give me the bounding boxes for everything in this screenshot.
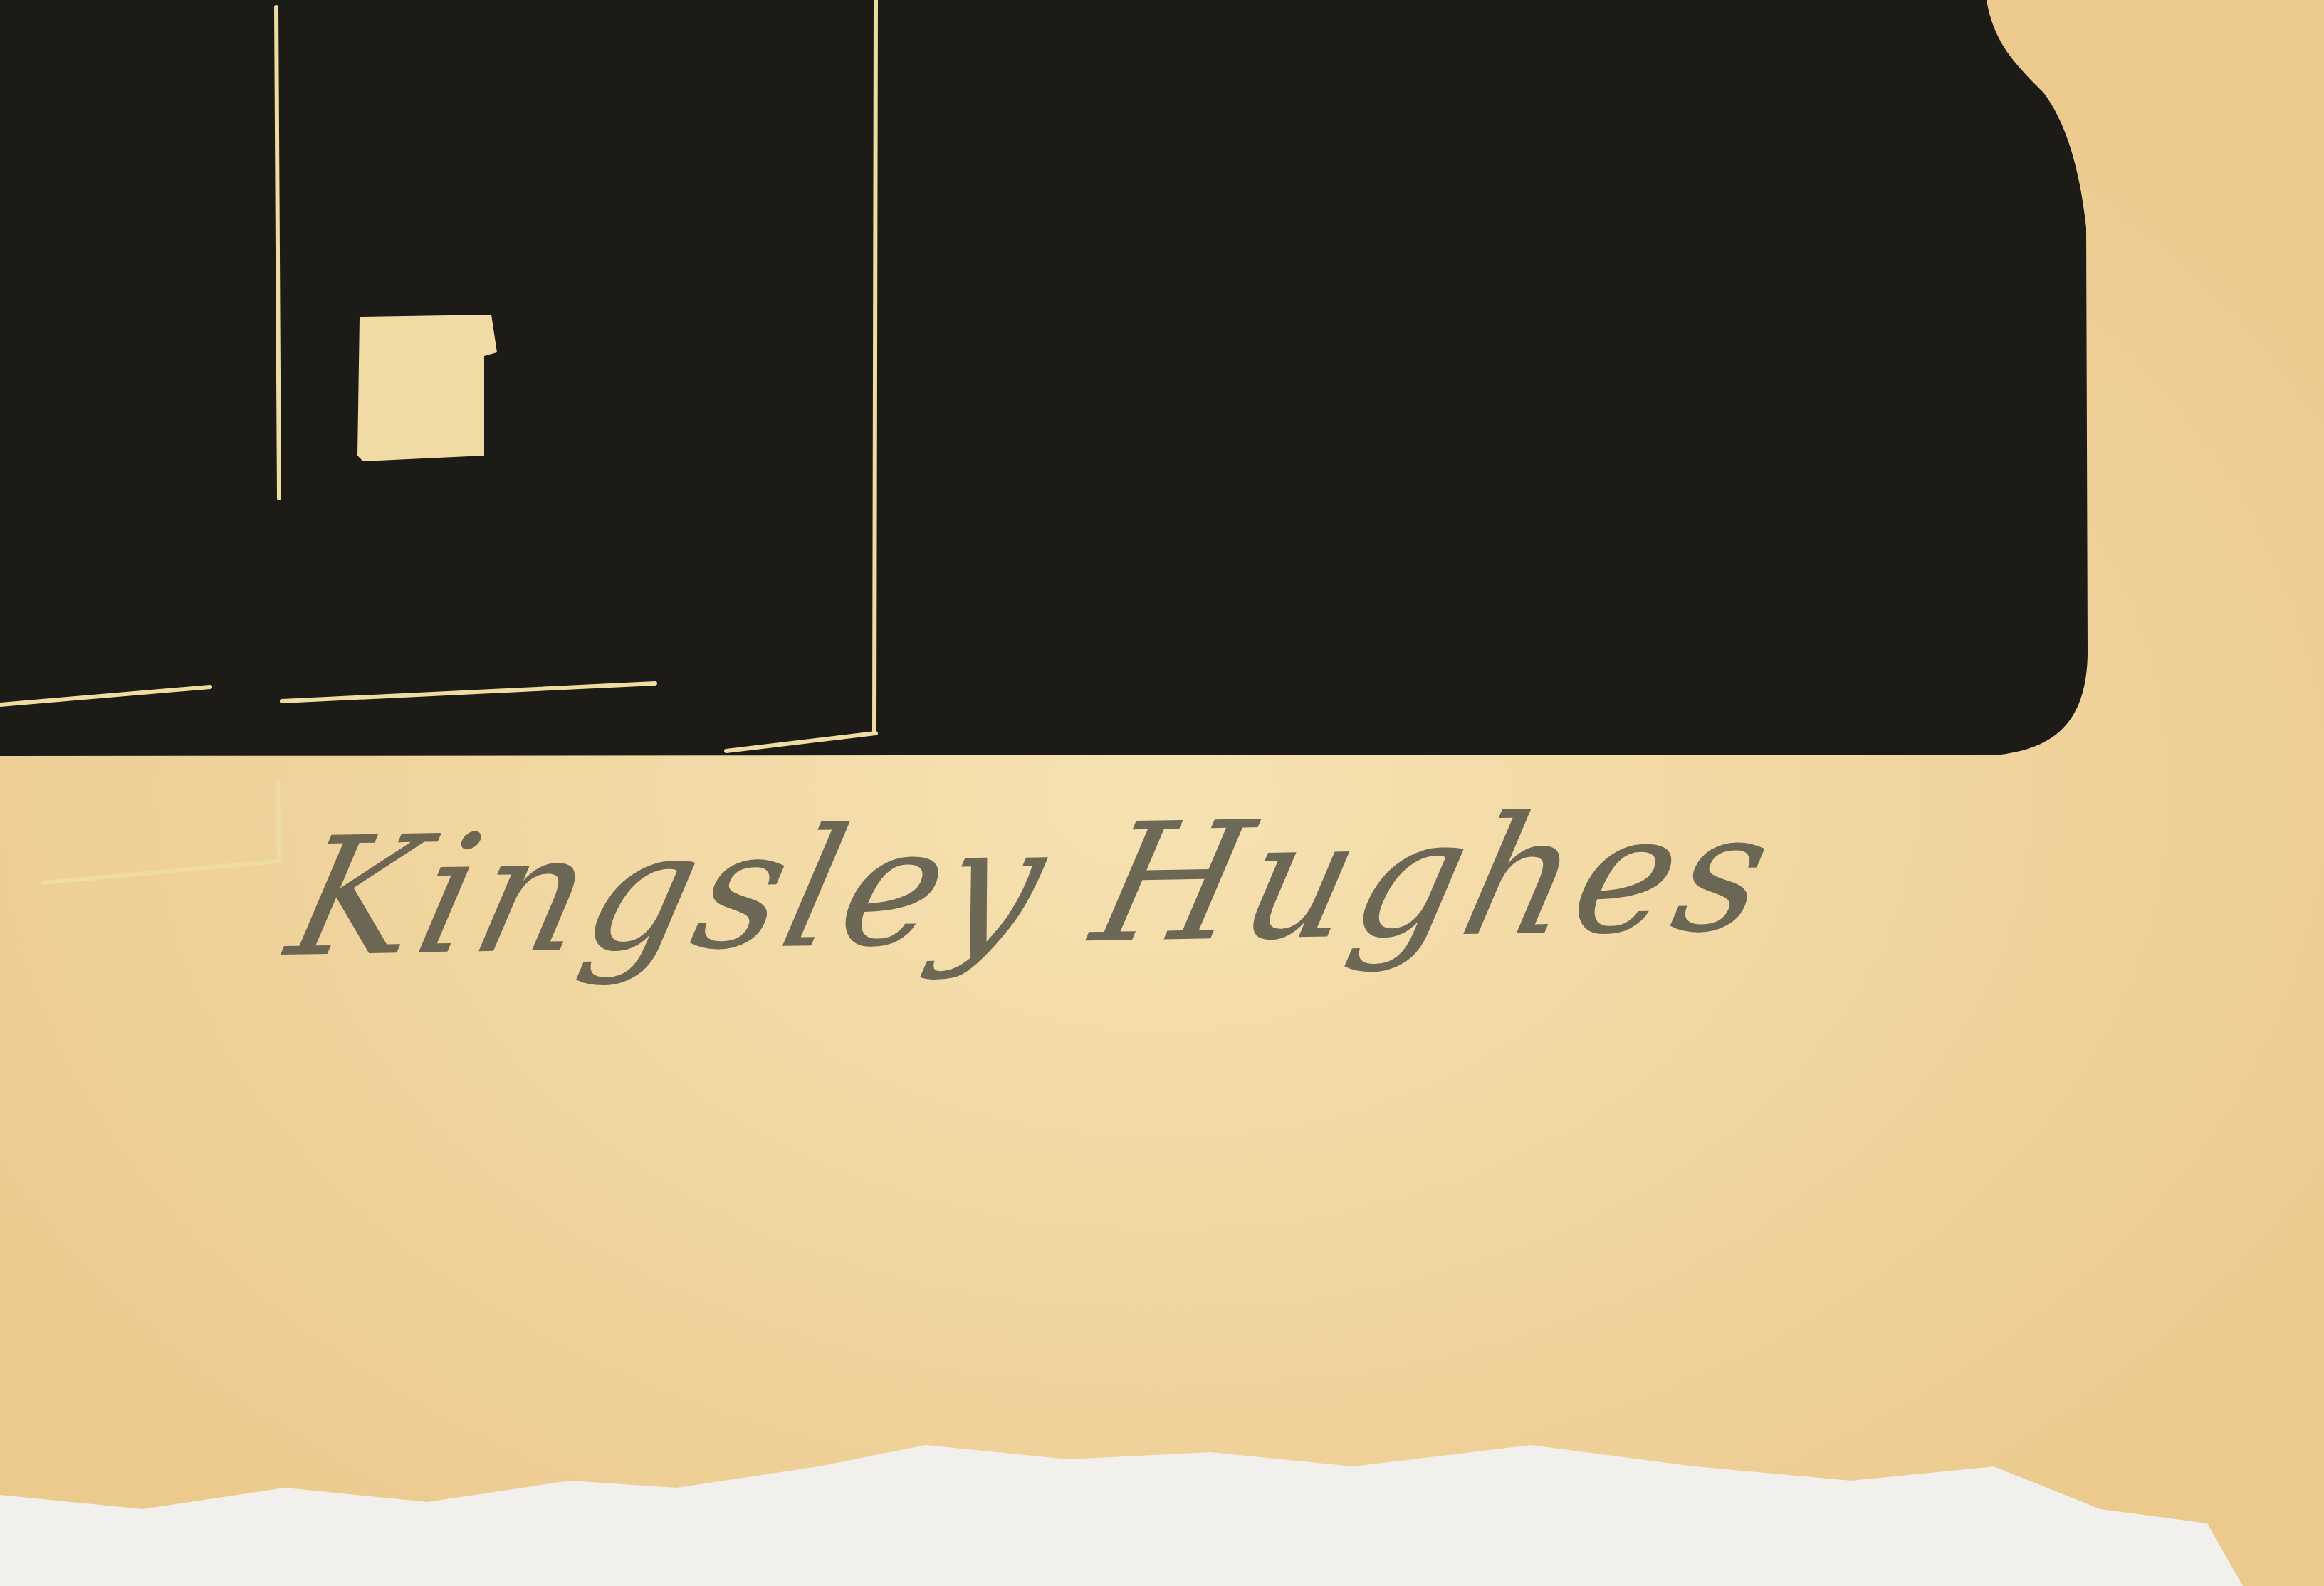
pencil-signature: Kingsley Hughes <box>277 792 1788 981</box>
cream-square <box>357 315 497 461</box>
ink-block <box>0 0 2088 756</box>
